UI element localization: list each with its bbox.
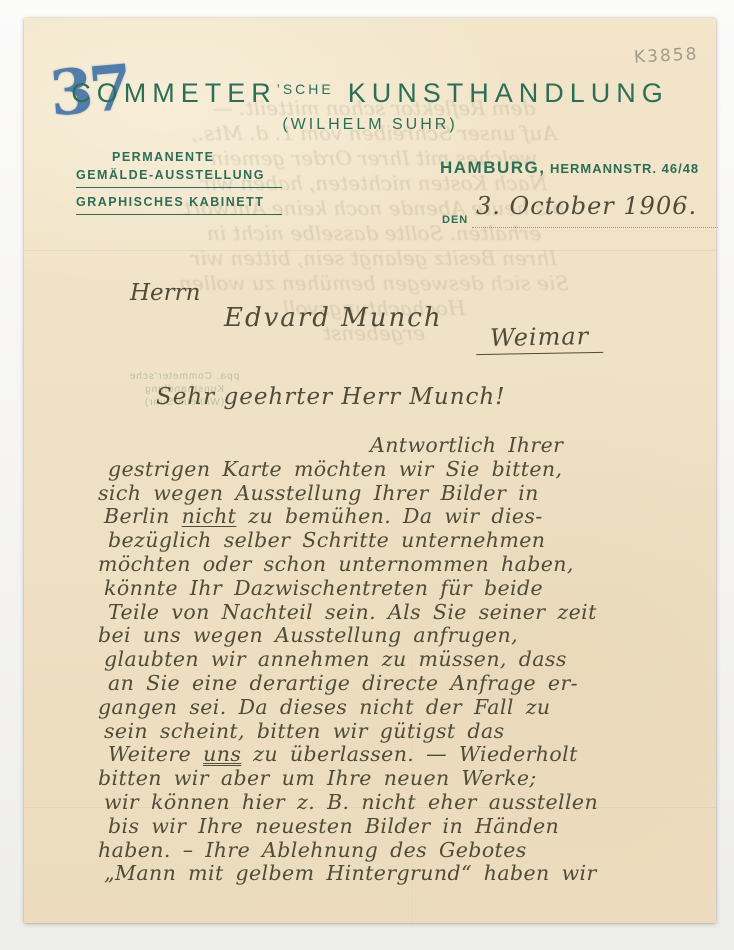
letterhead-right-block: HAMBURG, HERMANNSTR. 46/48 DEN 3. Octobe… [440,158,699,230]
bleed-line: Ihren Besitz gelangt sein, bitten wir [64,246,684,271]
body-line: Teile von Nachteil sein. Als Sie seiner … [108,601,710,625]
body-line: Antwortlich Ihrer [370,434,710,458]
body-line: wir können hier z. B. nicht eher ausstel… [104,791,710,815]
firm-name-suffix: ’SCHE [277,81,334,97]
letterhead-left-line: GRAPHISCHES KABINETT [76,192,282,215]
letterhead-left-lines: PERMANENTEGEMÄLDE-AUSSTELLUNGGRAPHISCHES… [76,150,282,215]
recipient-city: Weimar [476,322,604,355]
body-line: möchten oder schon unternommen haben, [98,553,710,577]
body-line: glaubten wir annehmen zu müssen, dass [104,648,710,672]
scanned-letter-page: { "annotations": { "blue_number": "37", … [0,0,734,950]
body-line: sich wegen Ausstellung Ihrer Bilder in [98,482,710,506]
body-line: sein scheint, bitten wir gütigst das [104,720,710,744]
letterhead-address: HAMBURG, HERMANNSTR. 46/48 [440,158,699,178]
firm-name: COMMETER’SCHEKUNSTHANDLUNG [24,78,716,109]
letterhead-street: HERMANNSTR. 46/48 [550,161,699,176]
body-line: an Sie eine derartige directe Anfrage er… [108,672,710,696]
date-row: DEN 3. October 1906. [440,200,699,230]
body-line: gestrigen Karte möchten wir Sie bitten, [108,458,710,482]
body-line: könnte Ihr Dazwischentreten für beide [104,577,710,601]
proprietor-name: (WILHELM SUHR) [24,116,716,134]
underlined-word: uns [203,742,241,766]
letterhead-left-line: PERMANENTE [112,150,282,164]
firm-name-main: COMMETER [71,78,277,108]
letter-body: Antwortlich Ihrergestrigen Karte möchten… [98,434,710,886]
body-line: bitten wir aber um Ihre neuen Werke; [98,767,710,791]
date-dotted-line [472,227,718,228]
body-line: Berlin nicht zu bemühen. Da wir dies- [104,505,710,529]
recipient-salutation-prefix: Herrn [130,280,200,306]
body-line: „Mann mit gelbem Hintergrund“ haben wir [104,862,710,886]
body-line: haben. – Ihre Ablehnung des Gebotes [98,839,710,863]
body-line: bezüglich selber Schritte unternehmen [108,529,710,553]
body-line: Weitere uns zu überlassen. — Wiederholt [108,743,710,767]
body-line: gangen sei. Da dieses nicht der Fall zu [98,696,710,720]
body-line: bis wir Ihre neuesten Bilder in Händen [108,815,710,839]
fold-crease [24,250,716,252]
letter-paper: dem Reflektor schon mitteilt. —Auf unser… [24,18,716,923]
letterhead-city: HAMBURG, [440,158,546,177]
letterhead-title-block: COMMETER’SCHEKUNSTHANDLUNG (WILHELM SUHR… [24,78,716,134]
date-label: DEN [442,214,468,226]
firm-name-rest: KUNSTHANDLUNG [348,78,669,108]
recipient-name: Edvard Munch [224,303,443,333]
letterhead-left-line: GEMÄLDE-AUSSTELLUNG [76,168,282,188]
letter-salutation: Sehr geehrter Herr Munch! [156,384,505,410]
catalog-number-pencil: K3858 [634,44,699,67]
underlined-word: nicht [182,504,237,528]
date-handwritten: 3. October 1906. [476,192,734,220]
body-line: bei uns wegen Ausstellung anfrugen, [98,624,710,648]
